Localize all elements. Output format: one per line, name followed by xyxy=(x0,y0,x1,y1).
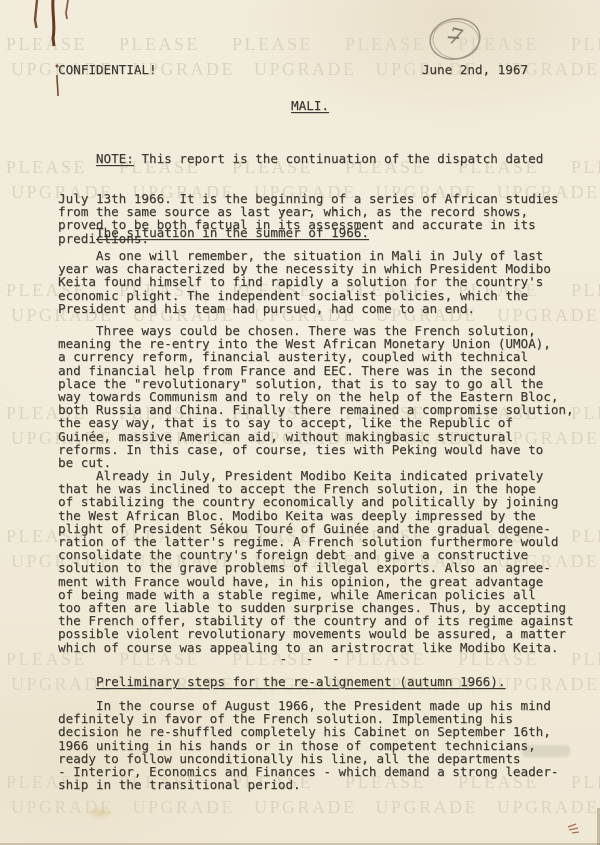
corner-pencil-mark xyxy=(560,820,590,840)
document-header: CONFIDENTIAL! June 2nd, 1967 xyxy=(58,63,528,76)
page-number-circle: 7 xyxy=(422,13,488,67)
paragraph: Already in July, President Modibo Keita … xyxy=(58,469,574,654)
document-title: MALI. xyxy=(60,99,560,112)
note-first-line: NOTE: This report is the continuation of… xyxy=(58,152,558,165)
paragraph: Three ways could be chosen. There was th… xyxy=(58,324,574,469)
section-heading-1: The situation in the summer of 1966. xyxy=(96,226,369,239)
classification-label: CONFIDENTIAL! xyxy=(58,63,157,76)
ink-ghost-smudge xyxy=(522,745,570,757)
note-label: NOTE: xyxy=(96,151,134,166)
ink-stain-marks xyxy=(20,0,110,110)
paragraph: In the course of August 1966, the Presid… xyxy=(58,699,558,791)
section-heading-2: Preliminary steps for the re-alignement … xyxy=(96,675,505,688)
scanned-document-page: PLEASE PLEASE PLEASE PLEASE PLEASE PLEAS… xyxy=(0,0,600,845)
paragraph: As one will remember, the situation in M… xyxy=(58,249,551,315)
section-separator: - - - xyxy=(60,652,560,665)
section-separator: - - - xyxy=(60,203,560,216)
paper-stain xyxy=(86,806,114,820)
date-label: June 2nd, 1967 xyxy=(422,63,528,76)
